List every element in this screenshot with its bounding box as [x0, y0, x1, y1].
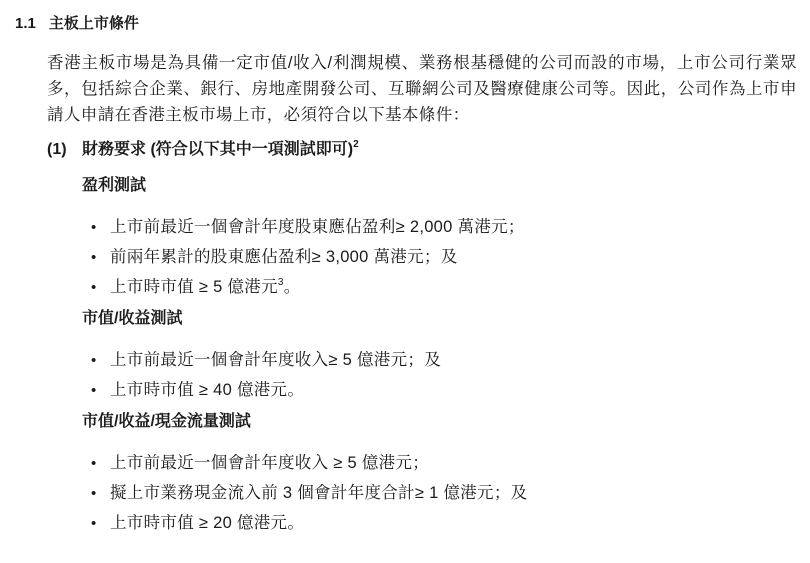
test-section-mktcap-revenue: 市值/收益測試 • 上市前最近一個會計年度收入≥ 5 億港元；及 • 上市時市值…	[82, 308, 795, 401]
list-item: • 擬上市業務現金流入前 3 個會計年度合計≥ 1 億港元；及	[82, 483, 795, 504]
bullet-icon: •	[82, 453, 110, 474]
list-item-text-after: 。	[284, 278, 301, 296]
intro-paragraph: 香港主板市場是為具備一定市值/收入/利潤規模、業務根基穩健的公司而設的市場，上市…	[47, 50, 797, 128]
bullet-icon: •	[82, 380, 110, 401]
list-item-text: 上市時市值 ≥ 40 億港元。	[110, 380, 795, 401]
list-item: • 上市時市值 ≥ 40 億港元。	[82, 380, 795, 401]
footnote-ref-2: 2	[353, 139, 359, 150]
test-section-profit: 盈利測試 • 上市前最近一個會計年度股東應佔盈利≥ 2,000 萬港元； • 前…	[82, 175, 795, 298]
bullet-icon: •	[82, 350, 110, 371]
test-section-mktcap-revenue-cashflow: 市值/收益/現金流量測試 • 上市前最近一個會計年度收入 ≥ 5 億港元； • …	[82, 411, 795, 534]
list-item: • 上市時市值 ≥ 20 億港元。	[82, 513, 795, 534]
requirement-heading: (1) 財務要求 (符合以下其中一項測試即可)2	[47, 140, 795, 160]
list-item: • 上市前最近一個會計年度收入≥ 5 億港元；及	[82, 350, 795, 371]
list-item-text: 上市前最近一個會計年度股東應佔盈利≥ 2,000 萬港元；	[110, 217, 795, 238]
list-item-text: 上市前最近一個會計年度收入 ≥ 5 億港元；	[110, 453, 795, 474]
section-title: 主板上市條件	[49, 14, 139, 33]
section-number: 1.1	[15, 14, 36, 33]
list-item-text: 前兩年累計的股東應佔盈利≥ 3,000 萬港元；及	[110, 247, 795, 268]
test-title-profit: 盈利測試	[82, 175, 795, 196]
bullet-icon: •	[82, 277, 110, 298]
list-item: • 上市時市值 ≥ 5 億港元3。	[82, 277, 795, 298]
requirement-title: 財務要求 (符合以下其中一項測試即可)2	[82, 140, 359, 160]
list-item-text: 上市前最近一個會計年度收入≥ 5 億港元；及	[110, 350, 795, 371]
list-item: • 上市前最近一個會計年度股東應佔盈利≥ 2,000 萬港元；	[82, 217, 795, 238]
bullet-icon: •	[82, 513, 110, 534]
bullet-icon: •	[82, 483, 110, 504]
list-item-text-main: 上市時市值 ≥ 5 億港元	[110, 278, 278, 296]
document-page: 1.1 主板上市條件 香港主板市場是為具備一定市值/收入/利潤規模、業務根基穩健…	[0, 0, 810, 563]
list-item: • 上市前最近一個會計年度收入 ≥ 5 億港元；	[82, 453, 795, 474]
section-heading: 1.1 主板上市條件	[15, 14, 795, 33]
list-item-text: 擬上市業務現金流入前 3 個會計年度合計≥ 1 億港元；及	[110, 483, 795, 504]
test-title-mktcap-revenue-cashflow: 市值/收益/現金流量測試	[82, 411, 795, 432]
requirement-number: (1)	[47, 140, 82, 160]
requirement-title-text: 財務要求 (符合以下其中一項測試即可)	[82, 141, 353, 158]
bullet-icon: •	[82, 247, 110, 268]
list-item-text: 上市時市值 ≥ 20 億港元。	[110, 513, 795, 534]
footnote-ref-3: 3	[278, 277, 284, 288]
list-item: • 前兩年累計的股東應佔盈利≥ 3,000 萬港元；及	[82, 247, 795, 268]
bullet-icon: •	[82, 217, 110, 238]
test-title-mktcap-revenue: 市值/收益測試	[82, 308, 795, 329]
list-item-text: 上市時市值 ≥ 5 億港元3。	[110, 277, 795, 298]
